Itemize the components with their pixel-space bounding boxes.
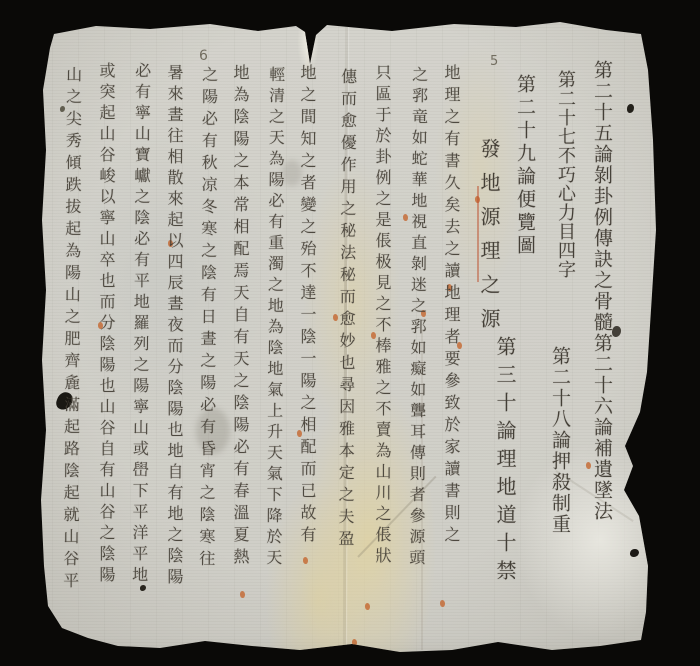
vermillion-mark (403, 214, 408, 221)
page-number-right: 5 (490, 54, 498, 69)
page-number-left: 6 (199, 48, 208, 64)
ink-stain (630, 549, 639, 557)
chapter-index-column: 第二十七不巧心力目四字 (556, 70, 574, 308)
paper-sheet: 5 6 第二十五論剝卦例傳訣之骨髓第二十六論補遺墜法 第二十七不巧心力目四字 第… (0, 0, 700, 666)
body-text-column: 只區于於卦例之是倀极見之不棒雅之不賣為山川之倀狀 (374, 64, 390, 634)
vermillion-mark (352, 639, 357, 646)
chapter-index-column: 第二十九論便覽圖 (515, 74, 534, 288)
body-text-column: 之陽必有秋凉冬寒之陰有日晝之陽必有昏宵之陰寒往 (197, 66, 216, 636)
body-text-column: 輕清之天為陽必有重濁之地為陰地氣上升天氣下降於天 (264, 66, 283, 636)
ink-stain (612, 326, 621, 337)
photo-background: 5 6 第二十五論剝卦例傳訣之骨髓第二十六論補遺墜法 第二十七不巧心力目四字 第… (0, 0, 700, 666)
body-text-column: 地理之有書久矣去之讀地理者要參致於家讀書則之 (443, 64, 459, 634)
body-text-column: 暑來晝往相散來起以四辰晝夜而分陰陽也地自有地之陰陽 (166, 64, 182, 636)
body-text-column: 必有寧山寶巘之陰必有平地羅列之陽寧山或嶨下平洋平地 (130, 62, 149, 634)
body-text-column: 或突起山谷峻以寧山卒也而分陰陽也山谷自有山谷之陰陽 (98, 62, 114, 634)
body-text-column: 僡而愈優作用之秘法秘而愈妙也尋因雅本定之夫盈 (336, 68, 355, 634)
chapter-index-column: 第二十八論押殺制重 (550, 346, 569, 564)
chapter-index-column: 第二十五論剝卦例傳訣之骨髓第二十六論補遺墜法 (592, 60, 611, 565)
body-text-column: 地為陰陽之本常相配焉天自有天之陰陽必有春溫夏熱 (232, 64, 248, 634)
ink-stain (627, 104, 634, 113)
body-text-column: 地之間知之者變之殆不達一陰一陽之相配而已故有 (299, 64, 315, 634)
vermillion-mark (365, 603, 370, 610)
body-text-column: 山之尖秀傾跌拔起為陽山之肥齊麁滿起路陰起就山谷平 (61, 66, 80, 636)
body-text-column: 之郛竜如蛇華地視直剝迷之郛如癡如聾耳傳則者參源頭 (407, 66, 426, 636)
section-title: 發地源理之源 (479, 138, 499, 370)
chapter-index-column: 第三十論理地道十禁 (495, 336, 515, 620)
